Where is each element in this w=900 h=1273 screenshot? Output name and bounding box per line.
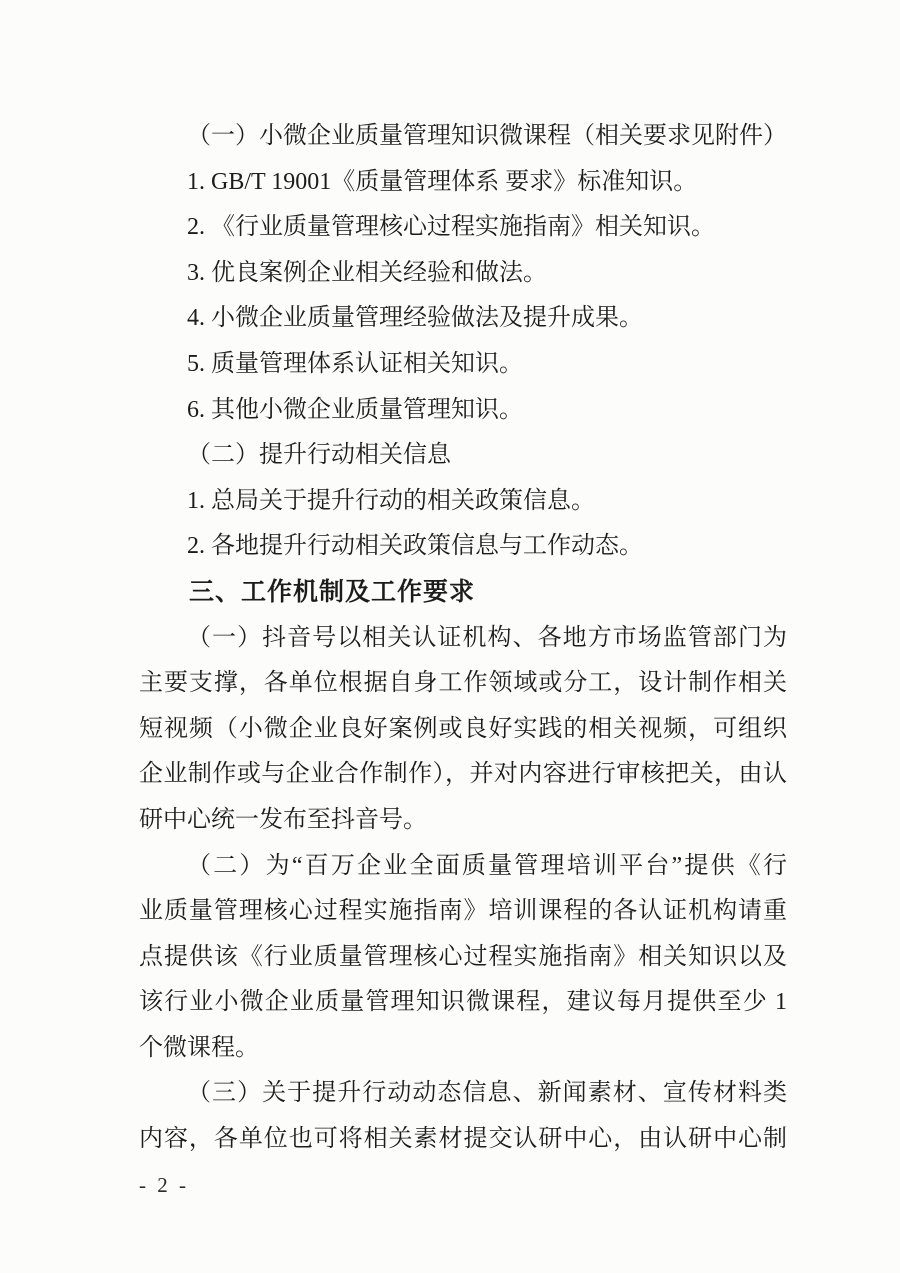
paragraph-first-line: （三）关于提升行动动态信息、新闻素材、宣传材料类 (139, 1071, 787, 1117)
paragraph-line: 业质量管理核心过程实施指南》培训课程的各认证机构请重 (139, 889, 787, 935)
list-item: 2. 各地提升行动相关政策信息与工作动态。 (139, 524, 787, 570)
text-line: （一）小微企业质量管理知识微课程（相关要求见附件） (139, 114, 787, 160)
list-item: 3. 优良案例企业相关经验和做法。 (139, 251, 787, 297)
page-number: - 2 - (139, 1163, 787, 1209)
document-body: （一）小微企业质量管理知识微课程（相关要求见附件） 1. GB/T 19001《… (139, 114, 787, 1208)
list-item: 1. GB/T 19001《质量管理体系 要求》标准知识。 (139, 160, 787, 206)
list-item: 1. 总局关于提升行动的相关政策信息。 (139, 479, 787, 525)
paragraph-line: 点提供该《行业质量管理核心过程实施指南》相关知识以及 (139, 935, 787, 981)
paragraph-first-line: （一）抖音号以相关认证机构、各地方市场监管部门为 (139, 616, 787, 662)
paragraph-line: 企业制作或与企业合作制作），并对内容进行审核把关，由认 (139, 752, 787, 798)
paragraph-last-line: 研中心统一发布至抖音号。 (139, 798, 787, 844)
paragraph-first-line: （二）为“百万企业全面质量管理培训平台”提供《行 (139, 844, 787, 890)
document-page: （一）小微企业质量管理知识微课程（相关要求见附件） 1. GB/T 19001《… (0, 0, 900, 1273)
section-heading: 三、工作机制及工作要求 (139, 570, 787, 616)
paragraph-line: 主要支撑，各单位根据自身工作领域或分工，设计制作相关 (139, 661, 787, 707)
list-item: 2. 《行业质量管理核心过程实施指南》相关知识。 (139, 205, 787, 251)
list-item: 5. 质量管理体系认证相关知识。 (139, 342, 787, 388)
list-item: 6. 其他小微企业质量管理知识。 (139, 388, 787, 434)
paragraph-line: 内容，各单位也可将相关素材提交认研中心，由认研中心制 (139, 1117, 787, 1163)
paragraph-line: 该行业小微企业质量管理知识微课程，建议每月提供至少 1 (139, 980, 787, 1026)
paragraph-line: 短视频（小微企业良好案例或良好实践的相关视频，可组织 (139, 707, 787, 753)
paragraph-last-line: 个微课程。 (139, 1026, 787, 1072)
list-item: 4. 小微企业质量管理经验做法及提升成果。 (139, 296, 787, 342)
text-line: （二）提升行动相关信息 (139, 433, 787, 479)
